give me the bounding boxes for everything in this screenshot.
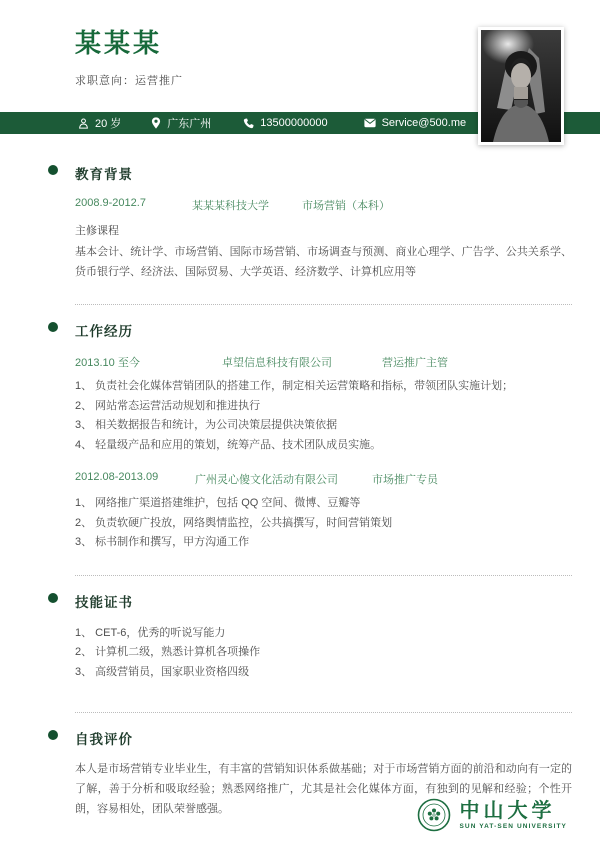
courses-label: 主修课程	[75, 222, 572, 238]
location-pin-icon	[151, 117, 161, 129]
job-period: 2013.10 至今	[75, 354, 222, 370]
section-divider	[75, 575, 572, 576]
skills-header: 技能证书	[75, 591, 572, 612]
job-intention: 求职意向：运营推广	[75, 72, 183, 88]
education-school: 某某某科技大学	[192, 197, 302, 213]
contact-location: 广东广州	[151, 115, 211, 131]
job-period: 2012.08-2013.09	[75, 471, 195, 487]
resume-content: 教育背景 2008.9-2012.7 某某某科技大学 市场营销（本科） 主修课程…	[0, 148, 600, 819]
contact-phone: 13500000000	[243, 117, 327, 129]
section-divider	[75, 304, 572, 305]
job-role: 营运推广主管	[382, 354, 448, 370]
contact-age: 20 岁	[78, 115, 121, 131]
education-header: 教育背景	[75, 163, 572, 184]
duty-item: 2、 网站常态运营活动规划和推进执行	[75, 397, 572, 417]
job-duties-list: 1、 网络推广渠道搭建维护，包括 QQ 空间、微博、豆瓣等 2、 负责软硬广投放…	[75, 494, 572, 553]
contact-phone-text: 13500000000	[260, 117, 327, 129]
section-skills: 技能证书 1、 CET-6，优秀的听说写能力 2、 计算机二级，熟悉计算机各项操…	[0, 591, 600, 683]
skill-item: 1、 CET-6，优秀的听说写能力	[75, 624, 572, 644]
duty-item: 2、 负责软硬广投放，网络舆情监控，公共搞撰写，时间营销策划	[75, 514, 572, 534]
duty-item: 3、 相关数据报告和统计，为公司决策层提供决策依据	[75, 416, 572, 436]
evaluation-header: 自我评价	[75, 728, 572, 749]
contact-email: Service@500.me	[364, 117, 467, 129]
education-period: 2008.9-2012.7	[75, 197, 192, 213]
phone-icon	[243, 118, 254, 129]
section-bullet-icon	[48, 165, 58, 175]
job-company: 卓望信息科技有限公司	[222, 354, 382, 370]
skills-list: 1、 CET-6，优秀的听说写能力 2、 计算机二级，熟悉计算机各项操作 3、 …	[75, 624, 572, 683]
work-title: 工作经历	[75, 324, 133, 339]
courses-text: 基本会计、统计学、市场营销、国际市场营销、市场调查与预测、商业心理学、广告学、公…	[75, 243, 572, 282]
university-name-cn: 中山大学	[459, 801, 567, 821]
mail-icon	[364, 118, 376, 128]
section-divider	[75, 712, 572, 713]
duty-item: 4、 轻量级产品和应用的策划，统筹产品、技术团队成员实施。	[75, 436, 572, 456]
candidate-name: 某某某	[75, 30, 183, 56]
user-icon	[78, 118, 89, 129]
education-major: 市场营销（本科）	[302, 197, 390, 213]
job-duties-list: 1、 负责社会化媒体营销团队的搭建工作，制定相关运营策略和指标，带领团队实施计划…	[75, 377, 572, 455]
skills-title: 技能证书	[75, 595, 133, 610]
duty-item: 3、 标书制作和撰写，甲方沟通工作	[75, 533, 572, 553]
section-bullet-icon	[48, 593, 58, 603]
section-work: 工作经历 2013.10 至今 卓望信息科技有限公司 营运推广主管 1、 负责社…	[0, 320, 600, 553]
education-title: 教育背景	[75, 167, 133, 182]
university-emblem-icon	[417, 798, 451, 832]
candidate-photo	[478, 27, 564, 145]
skill-item: 2、 计算机二级，熟悉计算机各项操作	[75, 643, 572, 663]
contact-age-text: 20 岁	[95, 115, 121, 131]
duty-item: 1、 网络推广渠道搭建维护，包括 QQ 空间、微博、豆瓣等	[75, 494, 572, 514]
contact-location-text: 广东广州	[167, 115, 211, 131]
skill-item: 3、 高级营销员，国家职业资格四级	[75, 663, 572, 683]
job-company: 广州灵心傻文化活动有限公司	[195, 471, 372, 487]
section-education: 教育背景 2008.9-2012.7 某某某科技大学 市场营销（本科） 主修课程…	[0, 163, 600, 282]
duty-item: 1、 负责社会化媒体营销团队的搭建工作，制定相关运营策略和指标，带领团队实施计划…	[75, 377, 572, 397]
education-row: 2008.9-2012.7 某某某科技大学 市场营销（本科）	[75, 197, 572, 213]
job-role: 市场推广专员	[372, 471, 438, 487]
university-logo: 中山大学 SUN YAT-SEN UNIVERSITY	[417, 798, 567, 832]
evaluation-title: 自我评价	[75, 732, 133, 747]
section-bullet-icon	[48, 730, 58, 740]
work-header: 工作经历	[75, 320, 572, 341]
job-row: 2012.08-2013.09 广州灵心傻文化活动有限公司 市场推广专员	[75, 471, 572, 487]
resume-page: 某某某 求职意向：运营推广 20 岁 广东广州 13500000000	[0, 0, 600, 848]
job-row: 2013.10 至今 卓望信息科技有限公司 营运推广主管	[75, 354, 572, 370]
contact-email-text: Service@500.me	[382, 117, 467, 129]
resume-header: 某某某 求职意向：运营推广	[75, 30, 183, 88]
section-bullet-icon	[48, 322, 58, 332]
university-name-en: SUN YAT-SEN UNIVERSITY	[459, 823, 567, 830]
